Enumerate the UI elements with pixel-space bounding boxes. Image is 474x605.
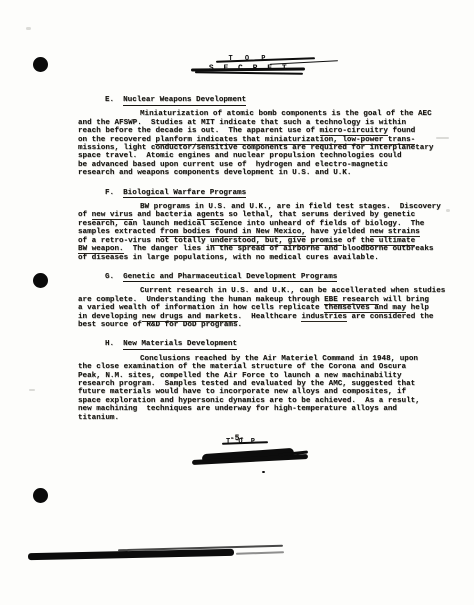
text-line: on the recovered planform indicates that… (78, 136, 452, 144)
text-line: Miniaturization of atomic bomb component… (78, 110, 452, 118)
text-line: best source of R&D for DoD programs. (78, 321, 452, 329)
stamp-word-secret: S E C R E T (197, 64, 301, 75)
document-page: T O P S E C R E T E.Nuclear Weapons Deve… (0, 0, 474, 605)
section-heading: F.Biological Warfare Programs (105, 189, 452, 197)
underlined-phrase: industries (301, 313, 347, 322)
text-line: and the AFSWP. Studies at MIT indicate t… (78, 119, 452, 127)
section-paragraph: Conclusions reached by the Air Materiel … (78, 355, 452, 422)
text-line: samples extracted from bodies found in N… (78, 228, 452, 236)
section-title: Genetic and Pharmaceutical Development P… (123, 273, 337, 283)
top-secret-stamp-bottom: T O P (192, 438, 312, 480)
text-line: in developing new drugs and markets. Hea… (78, 313, 452, 321)
underlined-phrase: new strains (370, 228, 420, 237)
text-line: Conclusions reached by the Air Materiel … (78, 355, 452, 363)
section-title: Nuclear Weapons Development (123, 96, 246, 106)
underlined-phrase: micro-circuitry (320, 127, 388, 136)
text-line: Peak, N.M. sites, compelled the Air Forc… (78, 372, 452, 380)
top-secret-stamp-top: T O P S E C R E T (197, 55, 301, 79)
section-letter: G. (105, 273, 114, 281)
hole-punch-middle (33, 273, 48, 288)
text-line: of new virus and bacteria agents so leth… (78, 211, 452, 219)
section-paragraph: BW programs in U.S. and U.K., are in fie… (78, 203, 452, 262)
text-line: of a retro-virus not totally understood,… (78, 237, 452, 245)
section-letter: F. (105, 189, 114, 197)
section-letter: H. (105, 340, 114, 348)
scan-smudge (436, 137, 449, 139)
text-line: the close examination of the material st… (78, 363, 452, 371)
section-heading: G.Genetic and Pharmaceutical Development… (105, 273, 452, 281)
section-heading: E.Nuclear Weapons Development (105, 96, 452, 104)
text-line: space travel. Atomic engines and nuclear… (78, 152, 452, 160)
text-line: of diseases in large populations, with n… (78, 254, 452, 262)
section-title: New Materials Development (123, 340, 237, 350)
text-line: new machining techniques are underway fo… (78, 405, 452, 413)
text-line: BW weapon. The danger lies in the spread… (78, 245, 452, 253)
section-paragraph: Current research in U.S. and U.K., can b… (78, 287, 452, 329)
document-body: E.Nuclear Weapons DevelopmentMiniaturiza… (78, 96, 452, 433)
text-line: titanium. (78, 414, 452, 422)
stamp-word-top: T O P (197, 55, 301, 64)
text-line: Current research in U.S. and U.K., can b… (78, 287, 452, 295)
scan-smudge (26, 27, 31, 30)
ink-speck (262, 471, 265, 473)
text-line: a varied wealth of information in how ce… (78, 304, 452, 312)
scan-smudge (446, 209, 450, 212)
text-line: research and weapons components developm… (78, 169, 452, 177)
section-paragraph: Miniaturization of atomic bomb component… (78, 110, 452, 177)
hole-punch-top (33, 57, 48, 72)
section-letter: E. (105, 96, 114, 104)
scan-smudge (29, 389, 35, 391)
text-line: be advanced based upon current use of hy… (78, 161, 452, 169)
text-line: reach before the decade is out. The appa… (78, 127, 452, 135)
text-line: are complete. Understanding the human ma… (78, 296, 452, 304)
section-heading: H.New Materials Development (105, 340, 452, 348)
section-title: Biological Warfare Programs (123, 189, 246, 199)
scan-edge-artifact (236, 551, 284, 555)
text-line: future materials would have to incorpora… (78, 388, 452, 396)
hole-punch-bottom (33, 488, 48, 503)
text-line: space exploration and hypersonic dynamic… (78, 397, 452, 405)
